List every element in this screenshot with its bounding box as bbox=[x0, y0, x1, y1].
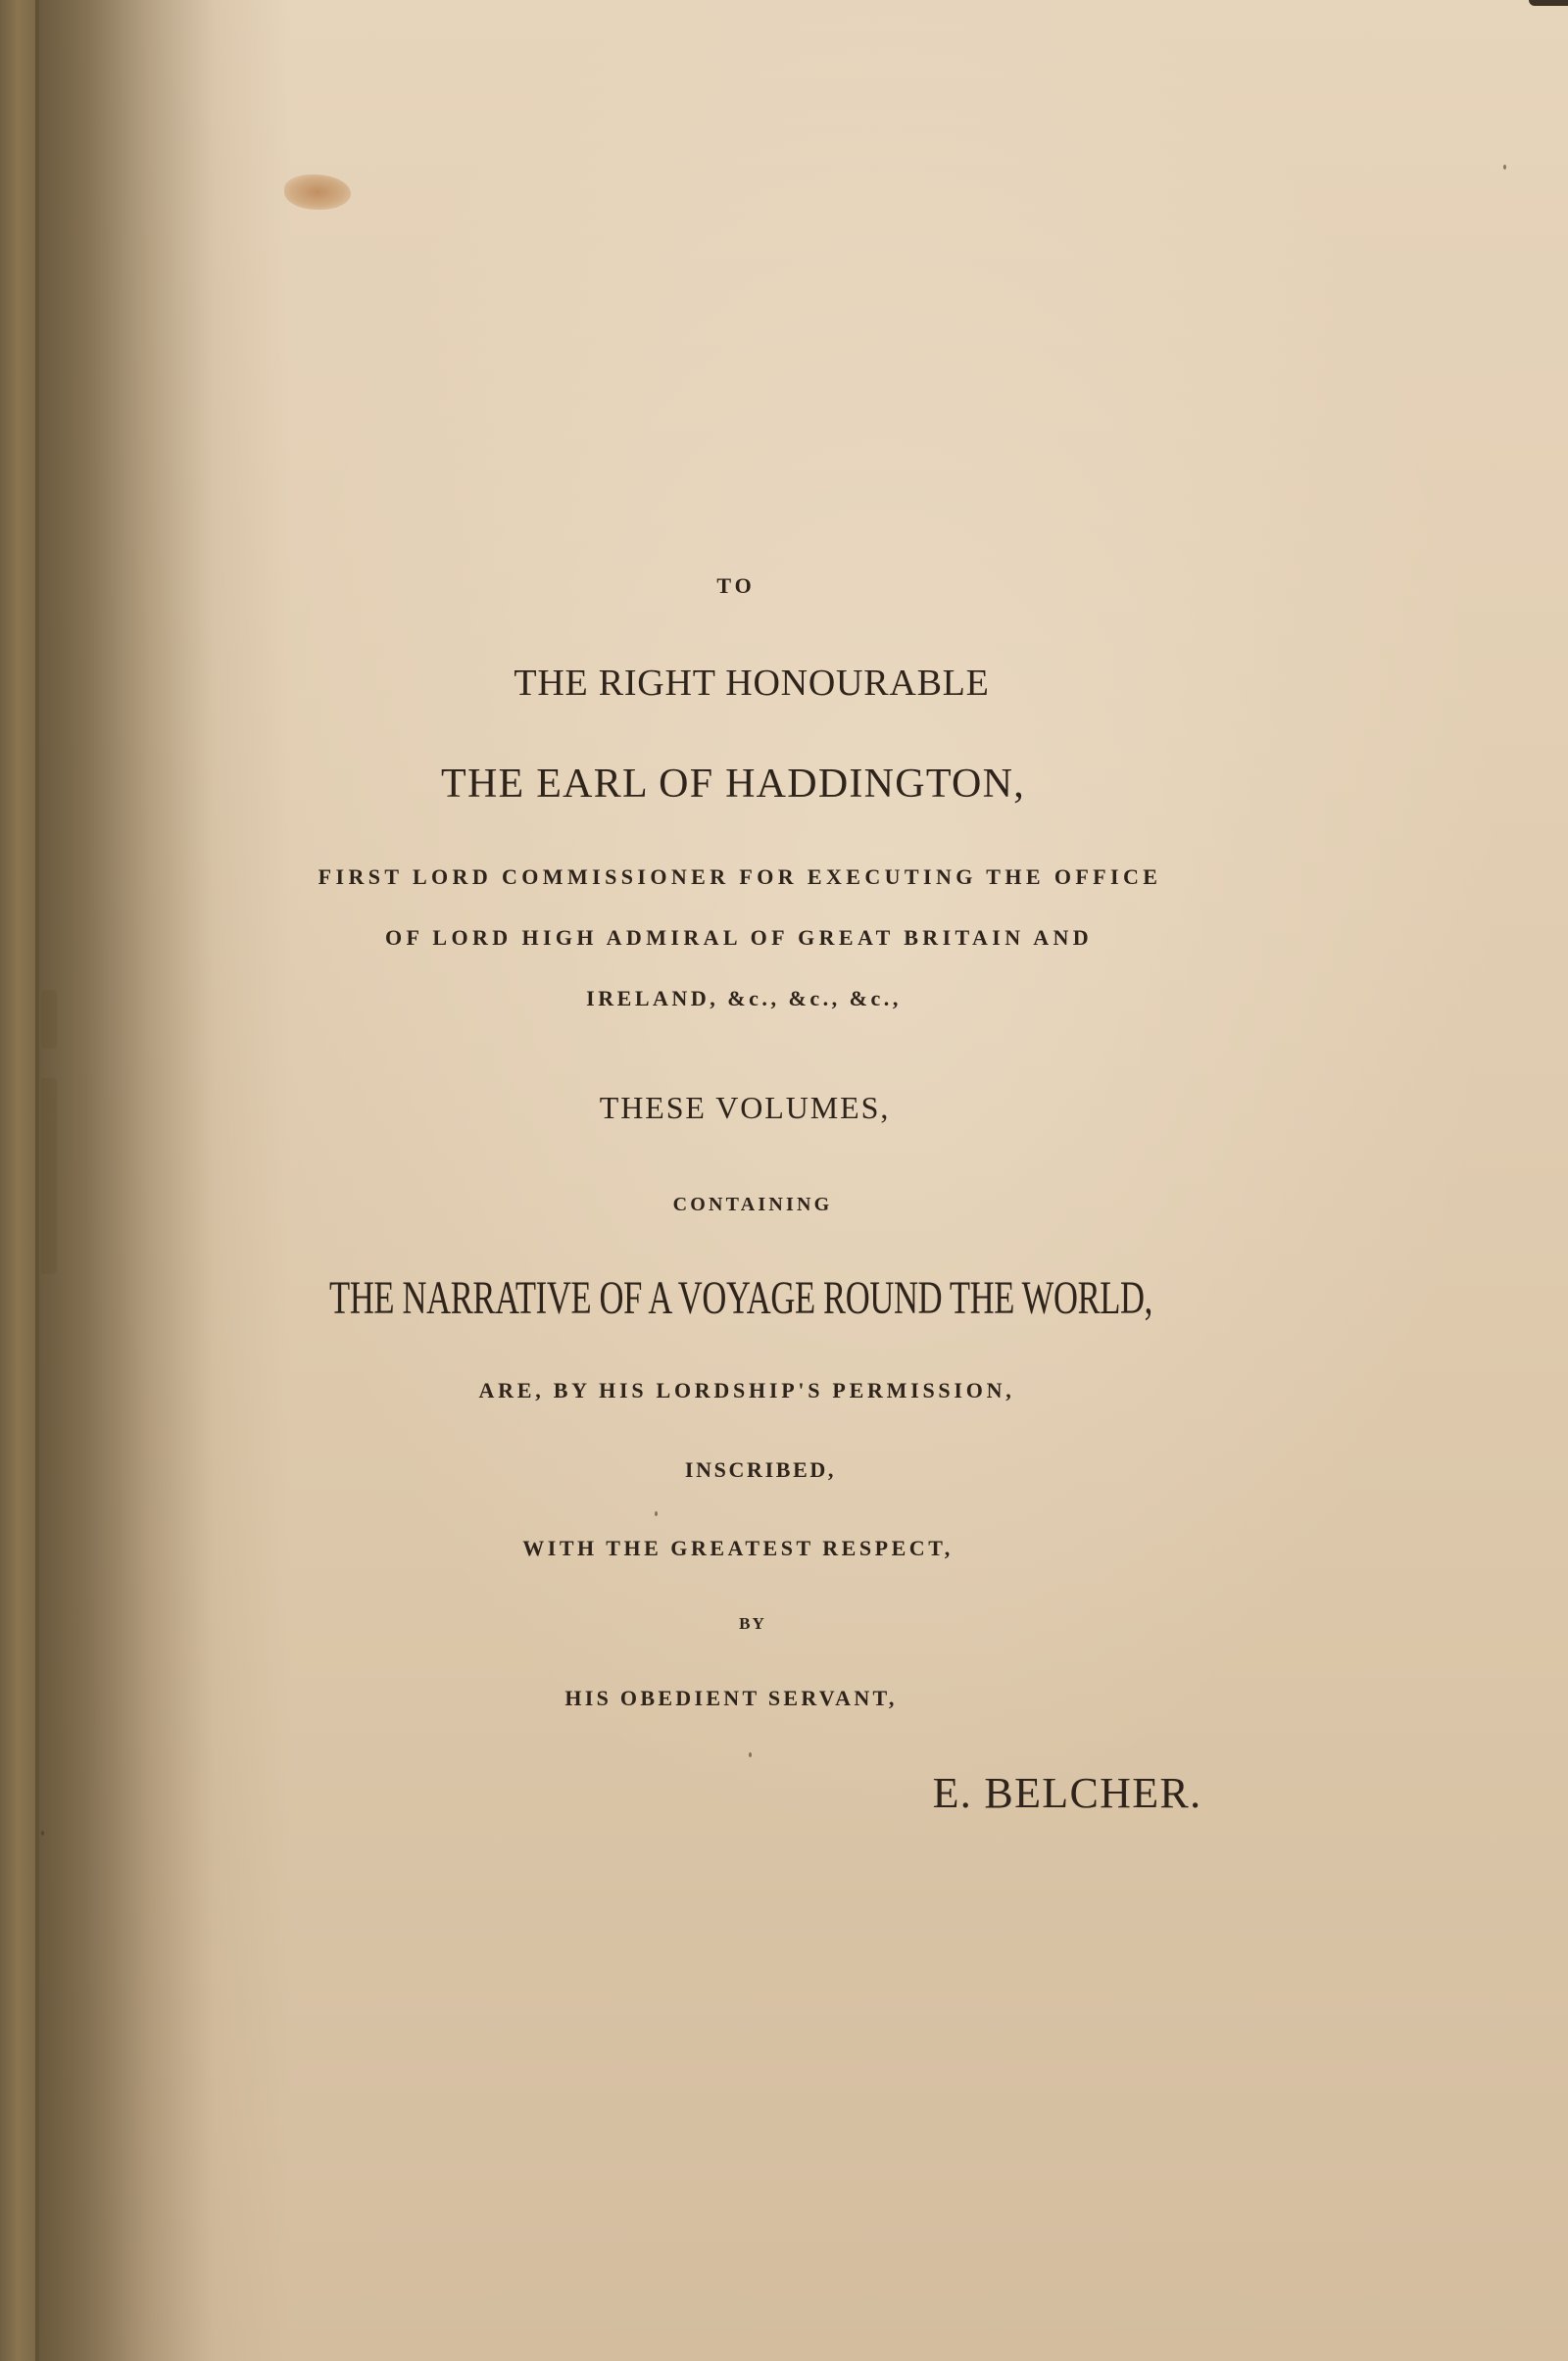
gutter-shadow bbox=[35, 0, 290, 2361]
these-volumes-label: THESE VOLUMES, bbox=[600, 1092, 891, 1123]
author-signature: E. BELCHER. bbox=[933, 1772, 1202, 1815]
dedicatee-name: THE EARL OF HADDINGTON, bbox=[441, 763, 1025, 805]
book-spine bbox=[0, 0, 39, 2361]
foxing-stain bbox=[284, 174, 351, 210]
dedicatee-honorific: THE RIGHT HONOURABLE bbox=[514, 664, 989, 702]
inscribed-line: INSCRIBED, bbox=[685, 1459, 836, 1481]
office-title-line-2: OF LORD HIGH ADMIRAL OF GREAT BRITAIN AN… bbox=[385, 927, 1093, 949]
office-title-line-1: FIRST LORD COMMISSIONER FOR EXECUTING TH… bbox=[318, 866, 1162, 888]
paper-speck bbox=[655, 1511, 658, 1516]
containing-label: CONTAINING bbox=[673, 1195, 833, 1214]
work-title: THE NARRATIVE OF A VOYAGE ROUND THE WORL… bbox=[329, 1275, 1152, 1322]
paper-speck bbox=[749, 1752, 752, 1757]
dedication-to: TO bbox=[716, 575, 755, 597]
permission-line: ARE, BY HIS LORDSHIP'S PERMISSION, bbox=[479, 1380, 1015, 1402]
paper-speck bbox=[1503, 165, 1506, 170]
servant-line: HIS OBEDIENT SERVANT, bbox=[564, 1688, 897, 1709]
office-title-line-3: IRELAND, &c., &c., &c., bbox=[586, 988, 902, 1009]
by-line: BY bbox=[739, 1615, 766, 1632]
respect-line: WITH THE GREATEST RESPECT, bbox=[522, 1538, 954, 1559]
page-corner-shadow bbox=[1529, 0, 1568, 6]
paper-speck bbox=[41, 1831, 44, 1836]
